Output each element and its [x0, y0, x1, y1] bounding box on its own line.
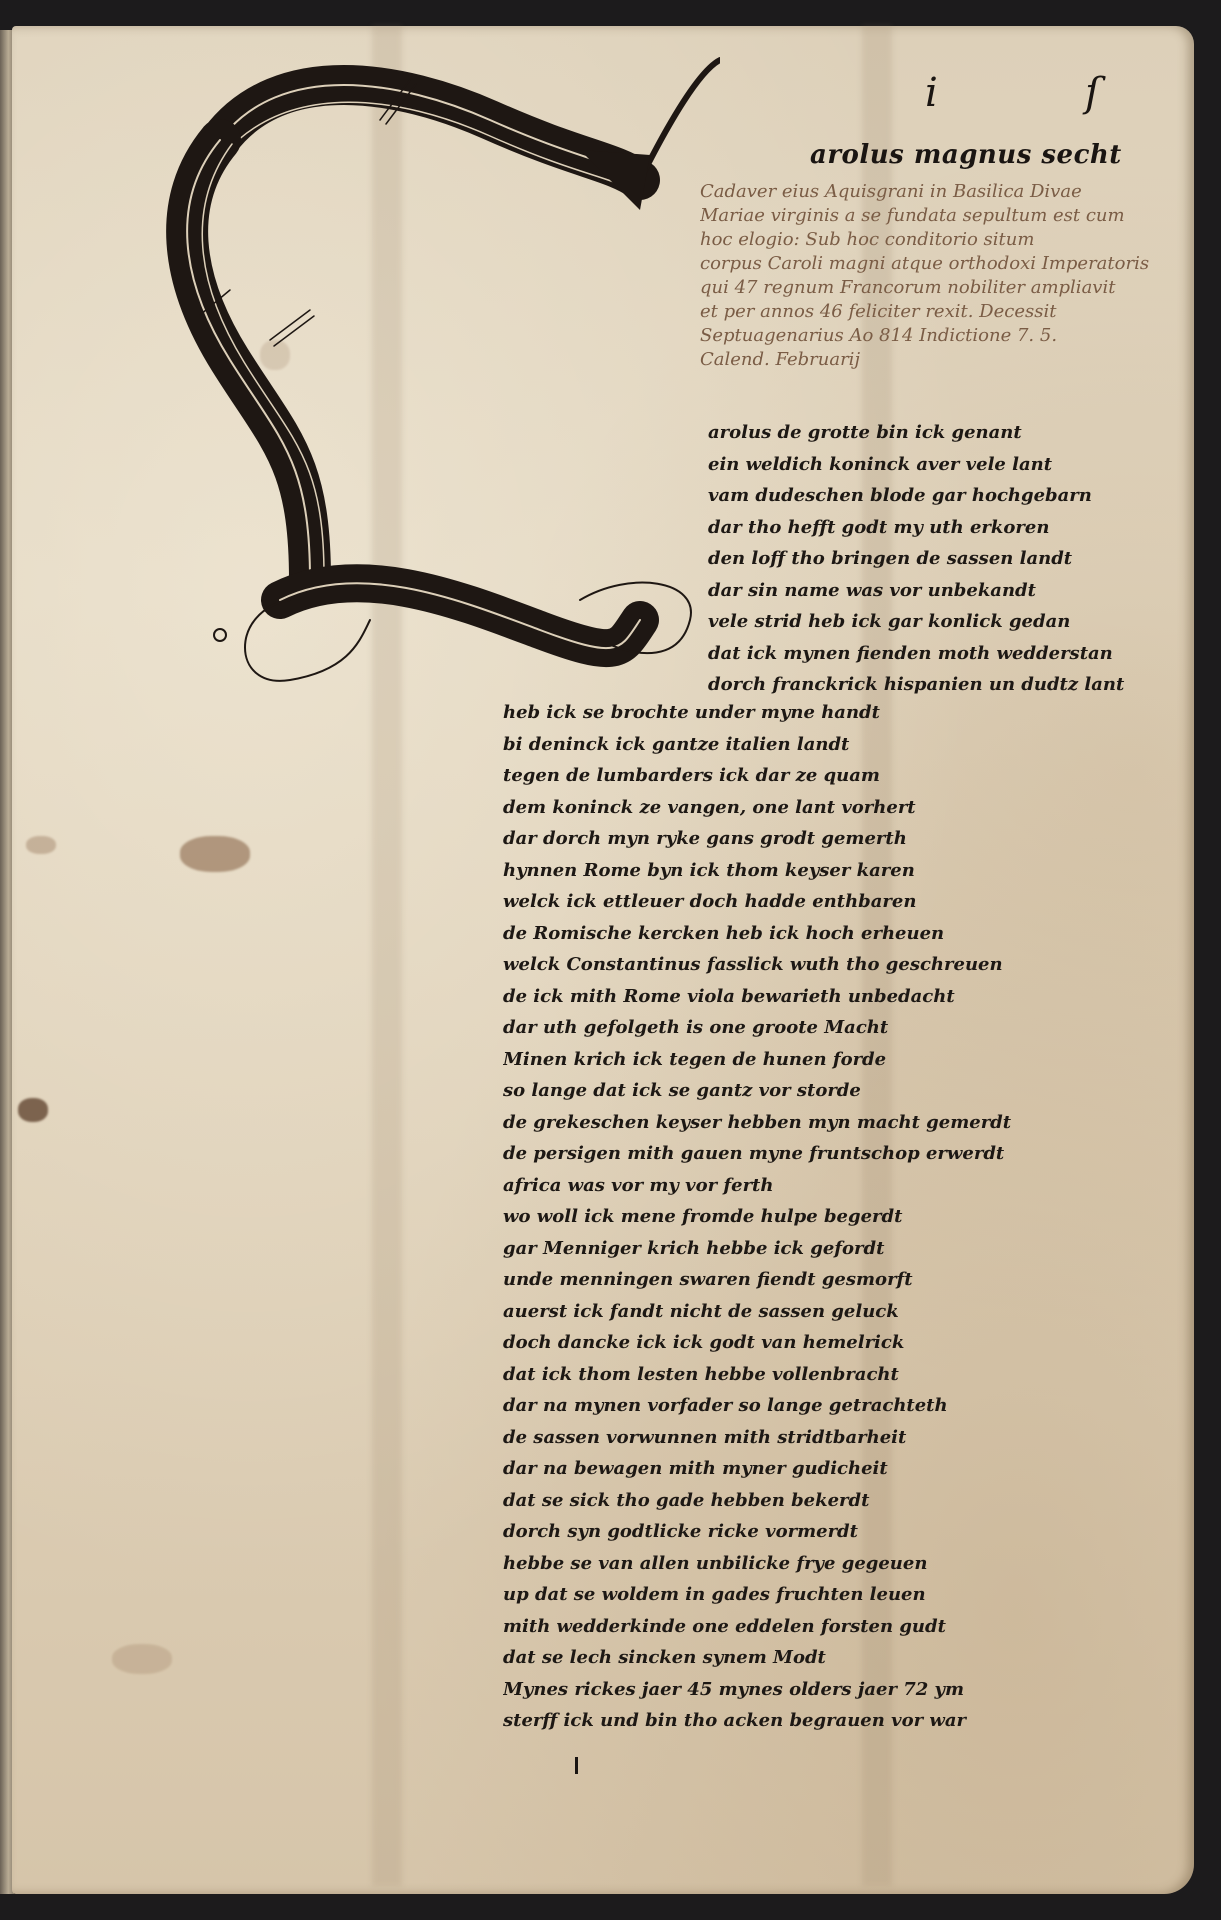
- ink-stain: [18, 1098, 48, 1122]
- verse-line: mith wedderkinde one eddelen forsten gud…: [503, 1611, 1193, 1643]
- note-line: hoc elogio: Sub hoc conditorio situm: [700, 228, 1180, 252]
- verse-line: tegen de lumbarders ick dar ze quam: [503, 760, 1193, 792]
- verse-line: vele strid heb ick gar konlick gedan: [708, 606, 1178, 638]
- verse-line: vam dudeschen blode gar hochgebarn: [708, 480, 1178, 512]
- verse-line: bi deninck ick gantze italien landt: [503, 729, 1193, 761]
- verse-line: dat se lech sincken synem Modt: [503, 1642, 1193, 1674]
- ink-stain: [112, 1644, 172, 1674]
- heading-title: arolus magnus secht: [810, 140, 1122, 170]
- verse-line: hynnen Rome byn ick thom keyser karen: [503, 855, 1193, 887]
- verse-line: arolus de grotte bin ick genant: [708, 417, 1178, 449]
- verse-line: dar dorch myn ryke gans grodt gemerth: [503, 823, 1193, 855]
- verse-line: dorch franckrick hispanien un dudtz lant: [708, 669, 1178, 701]
- verse-line: doch dancke ick ick godt van hemelrick: [503, 1327, 1193, 1359]
- verse-line: dorch syn godtlicke ricke vormerdt: [503, 1516, 1193, 1548]
- verse-line: hebbe se van allen unbilicke frye gegeue…: [503, 1548, 1193, 1580]
- note-line: Mariae virginis a se fundata sepultum es…: [700, 204, 1180, 228]
- catchword-mark: [575, 1757, 578, 1774]
- verse-line: dar na mynen vorfader so lange getrachte…: [503, 1390, 1193, 1422]
- verse-line: auerst ick fandt nicht de sassen geluck: [503, 1296, 1193, 1328]
- verse-line: Mynes rickes jaer 45 mynes olders jaer 7…: [503, 1674, 1193, 1706]
- verse-line: de sassen vorwunnen mith stridtbarheit: [503, 1422, 1193, 1454]
- verse-line: so lange dat ick se gantz vor storde: [503, 1075, 1193, 1107]
- note-line: Cadaver eius Aquisgrani in Basilica Diva…: [700, 180, 1180, 204]
- verse-line: up dat se woldem in gades fruchten leuen: [503, 1579, 1193, 1611]
- verse-line: Minen krich ick tegen de hunen forde: [503, 1044, 1193, 1076]
- verse-line: dat ick mynen fienden moth wedderstan: [708, 638, 1178, 670]
- note-line: et per annos 46 feliciter rexit. Decessi…: [700, 300, 1180, 324]
- verse-line: wo woll ick mene fromde hulpe begerdt: [503, 1201, 1193, 1233]
- verse-line: dar na bewagen mith myner gudicheit: [503, 1453, 1193, 1485]
- note-line: qui 47 regnum Francorum nobiliter amplia…: [700, 276, 1180, 300]
- verse-line: dem koninck ze vangen, one lant vorhert: [503, 792, 1193, 824]
- verse-line: de ick mith Rome viola bewarieth unbedac…: [503, 981, 1193, 1013]
- verse-block-2: heb ick se brochte under myne handt bi d…: [503, 697, 1193, 1737]
- folio-number-mark: i: [925, 70, 938, 116]
- verse-line: den loff tho bringen de sassen landt: [708, 543, 1178, 575]
- verse-line: de Romische kercken heb ick hoch erheuen: [503, 918, 1193, 950]
- verse-line: welck ick ettleuer doch hadde enthbaren: [503, 886, 1193, 918]
- verse-line: dar sin name was vor unbekandt: [708, 575, 1178, 607]
- verse-line: ein weldich koninck aver vele lant: [708, 449, 1178, 481]
- verse-line: unde menningen swaren fiendt gesmorft: [503, 1264, 1193, 1296]
- background-edge: [0, 1894, 1221, 1920]
- marginal-note: Cadaver eius Aquisgrani in Basilica Diva…: [700, 180, 1180, 372]
- note-line: Septuagenarius Ao 814 Indictione 7. 5.: [700, 324, 1180, 348]
- verse-line: dar uth gefolgeth is one groote Macht: [503, 1012, 1193, 1044]
- verse-line: sterff ick und bin tho acken begrauen vo…: [503, 1705, 1193, 1737]
- ink-stain: [26, 836, 56, 854]
- verse-line: dat ick thom lesten hebbe vollenbracht: [503, 1359, 1193, 1391]
- verse-line: de grekeschen keyser hebben myn macht ge…: [503, 1107, 1193, 1139]
- verse-line: dat se sick tho gade hebben bekerdt: [503, 1485, 1193, 1517]
- verse-line: africa was vor my vor ferth: [503, 1170, 1193, 1202]
- verse-line: heb ick se brochte under myne handt: [503, 697, 1193, 729]
- decorated-initial-k: [160, 40, 720, 720]
- folio-number-mark: ſ: [1085, 70, 1100, 116]
- verse-line: de persigen mith gauen myne fruntschop e…: [503, 1138, 1193, 1170]
- verse-line: welck Constantinus fasslick wuth tho ges…: [503, 949, 1193, 981]
- note-line: corpus Caroli magni atque orthodoxi Impe…: [700, 252, 1180, 276]
- verse-block-1: arolus de grotte bin ick genant ein weld…: [708, 417, 1178, 701]
- verse-line: gar Menniger krich hebbe ick gefordt: [503, 1233, 1193, 1265]
- verse-line: dar tho hefft godt my uth erkoren: [708, 512, 1178, 544]
- ink-stain: [180, 836, 250, 872]
- note-line: Calend. Februarij: [700, 348, 1180, 372]
